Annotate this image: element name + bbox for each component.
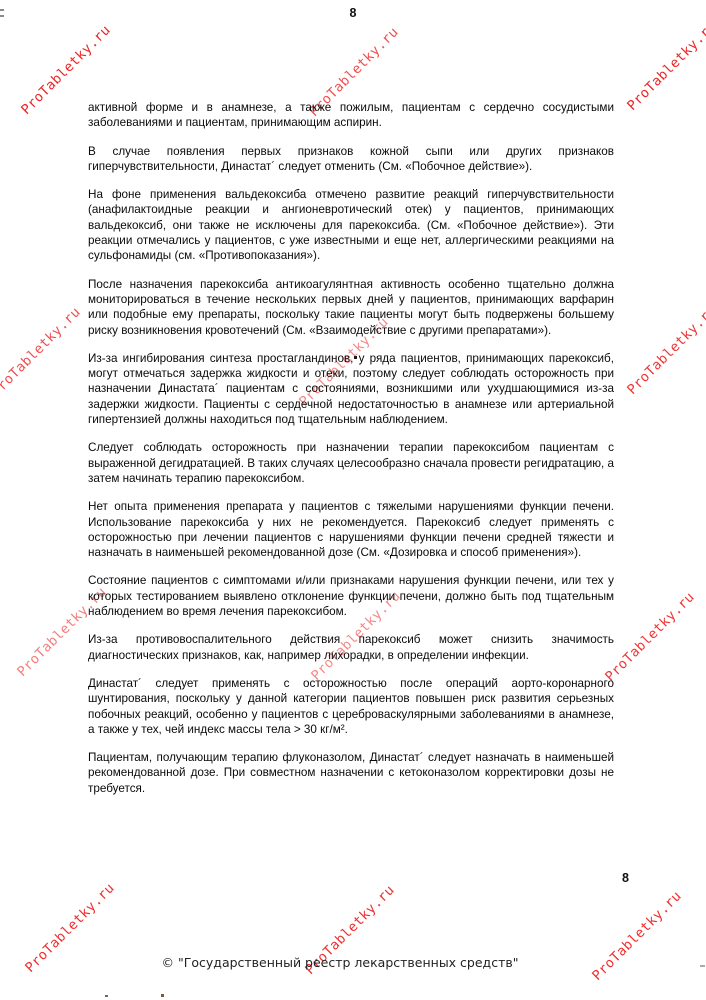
watermark-text: ProTabletky.ru [624,302,706,398]
page-number-top: 8 [0,6,706,20]
scan-artifact [700,965,705,967]
paragraph-skin-rash-warning: В случае появления первых признаков кожн… [88,144,614,175]
paragraph-anticoagulant-monitoring: После назначения парекоксиба антикоагуля… [88,277,614,338]
paragraph-cabg-caution: Династат´ следует применять с осторожнос… [88,676,614,737]
watermark-text: ProTabletky.ru [0,304,84,400]
scan-artifact [0,15,4,17]
paragraph-valdecoxib-reactions: На фоне применения вальдекоксиба отмечен… [88,187,614,263]
footer-copyright: © "Государственный реестр лекарственных … [0,955,680,970]
scan-artifact [105,995,108,997]
watermark-text: ProTabletky.ru [624,18,706,114]
paragraph-fluconazole-dose: Пациентам, получающим терапию флуконазол… [88,750,614,796]
paragraph-antiinflammatory-fever: Из-за противовоспалительного действия па… [88,632,614,663]
paragraph-liver-impairment: Нет опыта применения препарата у пациент… [88,499,614,560]
watermark-text: ProTabletky.ru [602,589,698,685]
document-body: активной форме и в анамнезе, а также пож… [88,100,614,809]
paragraph-dehydration: Следует соблюдать осторожность при назна… [88,440,614,486]
document-page: { "page": { "top_page_number": "8", "bot… [0,0,706,1000]
paragraph-liver-monitoring: Состояние пациентов с симптомами и/или п… [88,573,614,619]
paragraph-continuation-aspirin: активной форме и в анамнезе, а также пож… [88,100,614,131]
page-number-bottom: 8 [622,871,629,885]
scan-artifact [161,994,164,997]
scan-artifact [0,9,4,11]
scan-artifact [354,356,357,359]
paragraph-fluid-retention: Из-за ингибирования синтеза простагланди… [88,351,614,427]
